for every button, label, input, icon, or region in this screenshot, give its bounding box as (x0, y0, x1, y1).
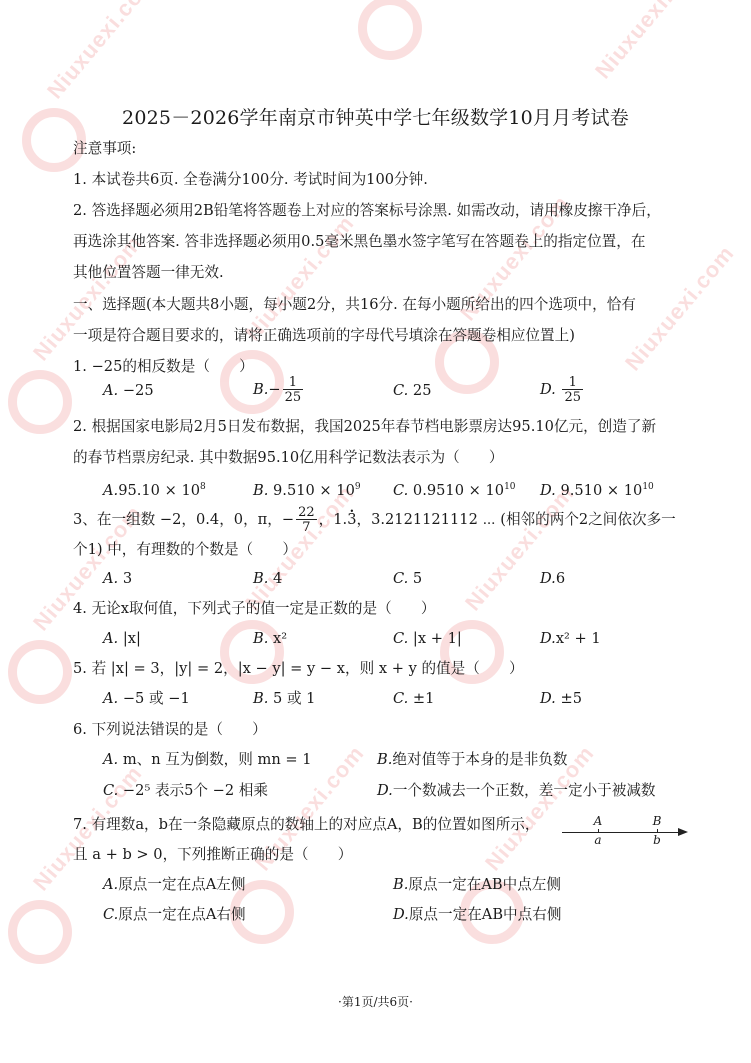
option-text: 4 (268, 570, 282, 587)
fraction: 227 (296, 506, 317, 534)
option-text: ±1 (408, 690, 434, 707)
option-text: 原点一定在AB中点左侧 (408, 876, 561, 893)
option-text: |x| (118, 630, 141, 647)
option-text: 原点一定在点A左侧 (118, 876, 245, 893)
option-label: B. (253, 482, 268, 499)
option-label: D. (377, 782, 393, 799)
option-sign: − (268, 381, 280, 398)
notice-line: 1. 本试卷共6页. 全卷满分100分. 考试时间为100分钟. (73, 170, 428, 190)
stem-text: ，3.2121121112 ⋯ (相邻的两个2之间依次多一 (356, 511, 675, 528)
option-text: 原点一定在AB中点右侧 (409, 906, 562, 923)
option-text: |x + 1| (408, 630, 462, 647)
fraction: 125 (562, 376, 583, 404)
option-label: C. (103, 782, 118, 799)
fraction-numerator: 1 (283, 376, 304, 390)
option-label: C. (393, 482, 408, 499)
question-6-option-a: A. m、n 互为倒数，则 mn = 1 (103, 750, 312, 770)
option-text: 一个数减去一个正数，差一定小于被减数 (393, 782, 656, 799)
page-number: ·第1页/共6页· (0, 993, 751, 1010)
repeating-digit: 3 (347, 511, 356, 528)
option-text: ±5 (556, 690, 582, 707)
exam-page: 2025－2026学年南京市钟英中学七年级数学10月月考试卷 注意事项: 1. … (0, 0, 751, 1063)
option-label: B. (253, 630, 268, 647)
question-4-option-b: B. x² (253, 629, 287, 649)
question-2-option-a: A.95.10 × 108 (103, 477, 206, 501)
option-label: A. (103, 876, 118, 893)
option-label: C. (393, 690, 408, 707)
option-label: C. (393, 630, 408, 647)
question-5-stem: 5. 若 |x| = 3，|y| = 2，|x − y| = y − x，则 x… (73, 659, 524, 679)
option-label: A. (103, 570, 118, 587)
option-label: C. (393, 570, 408, 587)
fraction: 125 (283, 376, 304, 404)
question-5-option-a: A. −5 或 −1 (103, 689, 190, 709)
option-label: C. (103, 906, 118, 923)
exponent: 10 (504, 482, 515, 492)
option-text: x² (268, 630, 287, 647)
question-6-option-b: B.绝对值等于本身的是非负数 (377, 750, 568, 770)
question-2-stem: 2. 根据国家电影局2月5日发布数据，我国2025年春节档电影票房达95.10亿… (73, 417, 656, 437)
point-a-label: A (594, 814, 603, 828)
question-3-option-a: A. 3 (103, 569, 132, 589)
option-label: A. (103, 382, 118, 399)
question-2-stem: 的春节档票房纪录. 其中数据95.10亿用科学记数法表示为（ ） (73, 448, 504, 468)
option-label: A. (103, 751, 118, 768)
question-1-option-c: C. 25 (393, 381, 432, 401)
stem-text: ，1. (319, 511, 348, 528)
question-2-option-b: B. 9.510 × 109 (253, 477, 361, 501)
option-text: 绝对值等于本身的是非负数 (392, 751, 567, 768)
question-4-stem: 4. 无论x取何值，下列式子的值一定是正数的是（ ） (73, 599, 435, 619)
option-label: B. (393, 876, 408, 893)
option-label: D. (540, 482, 556, 499)
option-text: 5 或 1 (268, 690, 315, 707)
question-7-option-d: D.原点一定在AB中点右侧 (393, 905, 561, 925)
option-label: D. (540, 630, 556, 647)
value-a-label: a (594, 833, 601, 847)
option-label: D. (540, 570, 556, 587)
option-text: −5 或 −1 (118, 690, 190, 707)
value-b-label: b (653, 833, 661, 847)
option-text: 原点一定在点A右侧 (118, 906, 245, 923)
point-b-label: B (653, 814, 662, 828)
question-1-option-d: D. 125 (540, 376, 585, 404)
question-1-option-b: B.−125 (253, 376, 305, 404)
question-2-option-c: C. 0.9510 × 1010 (393, 477, 516, 501)
option-label: B. (253, 381, 268, 398)
question-4-option-a: A. |x| (103, 629, 141, 649)
question-7-option-a: A.原点一定在点A左侧 (103, 875, 245, 895)
question-4-option-d: D.x² + 1 (540, 629, 601, 649)
exponent: 10 (642, 482, 653, 492)
question-7-option-c: C.原点一定在点A右侧 (103, 905, 246, 925)
exponent: 8 (200, 482, 206, 492)
option-text: 6 (556, 570, 565, 587)
section-instructions: 一项是符合题目要求的，请将正确选项前的字母代号填涂在答题卷相应位置上) (73, 326, 575, 346)
option-label: C. (393, 382, 408, 399)
option-text: 5 (408, 570, 422, 587)
option-text: 0.9510 × 10 (408, 482, 504, 499)
question-3-option-b: B. 4 (253, 569, 282, 589)
option-text: 9.510 × 10 (556, 482, 643, 499)
number-line-figure: A a B b (562, 815, 688, 851)
option-label: A. (103, 482, 118, 499)
option-label: D. (393, 906, 409, 923)
option-text: 25 (408, 382, 431, 399)
question-1-option-a: A. −25 (103, 381, 154, 401)
notice-heading: 注意事项: (73, 139, 136, 159)
exponent: 9 (355, 482, 361, 492)
option-label: B. (377, 751, 392, 768)
option-sign (556, 381, 561, 398)
question-5-option-d: D. ±5 (540, 689, 582, 709)
question-2-option-d: D. 9.510 × 1010 (540, 477, 654, 501)
question-5-option-c: C. ±1 (393, 689, 434, 709)
option-text: 9.510 × 10 (268, 482, 355, 499)
question-6-stem: 6. 下列说法错误的是（ ） (73, 720, 267, 740)
option-label: A. (103, 690, 118, 707)
option-label: B. (253, 570, 268, 587)
fraction-numerator: 22 (296, 506, 317, 520)
option-text: 3 (118, 570, 132, 587)
question-7-option-b: B.原点一定在AB中点左侧 (393, 875, 561, 895)
fraction-denominator: 25 (562, 390, 583, 404)
notice-line: 其他位置答题一律无效. (73, 263, 224, 283)
question-6-option-d: D.一个数减去一个正数，差一定小于被减数 (377, 781, 656, 801)
option-text: −25 (118, 382, 153, 399)
option-label: B. (253, 690, 268, 707)
question-3-stem: 3、在一组数 −2，0.4，0，π，−227，1.3，3.2121121112 … (73, 506, 676, 534)
fraction-denominator: 7 (296, 520, 317, 534)
option-label: D. (540, 381, 556, 398)
exam-title: 2025－2026学年南京市钟英中学七年级数学10月月考试卷 (0, 103, 751, 130)
option-text: −2⁵ 表示5个 −2 相乘 (118, 782, 268, 799)
question-7-stem: 7. 有理数a，b在一条隐藏原点的数轴上的对应点A，B的位置如图所示， (73, 815, 540, 835)
arrow-right-icon (678, 828, 688, 836)
question-4-option-c: C. |x + 1| (393, 629, 462, 649)
notice-line: 再选涂其他答案. 答非选择题必须用0.5毫米黑色墨水签字笔写在答题卷上的指定位置… (73, 232, 645, 252)
question-3-option-d: D.6 (540, 569, 565, 589)
option-text: 95.10 × 10 (118, 482, 200, 499)
question-5-option-b: B. 5 或 1 (253, 689, 315, 709)
notice-line: 2. 答选择题必须用2B铅笔将答题卷上对应的答案标号涂黑. 如需改动，请用橡皮擦… (73, 201, 661, 221)
question-7-stem: 且 a + b > 0，下列推断正确的是（ ） (73, 845, 352, 865)
question-3-stem: 个1) 中，有理数的个数是（ ） (73, 540, 297, 560)
number-line-axis (562, 832, 680, 833)
fraction-numerator: 1 (562, 376, 583, 390)
option-label: A. (103, 630, 118, 647)
fraction-denominator: 25 (283, 390, 304, 404)
question-1-stem: 1. −25的相反数是（ ） (73, 357, 254, 377)
question-6-option-c: C. −2⁵ 表示5个 −2 相乘 (103, 781, 268, 801)
option-text: m、n 互为倒数，则 mn = 1 (118, 751, 311, 768)
option-text: x² + 1 (556, 630, 601, 647)
stem-text: 3、在一组数 −2，0.4，0，π，− (73, 511, 294, 528)
question-3-option-c: C. 5 (393, 569, 422, 589)
section-heading: 一、选择题(本大题共8小题，每小题2分，共16分. 在每小题所给出的四个选项中，… (73, 295, 636, 315)
option-label: D. (540, 690, 556, 707)
